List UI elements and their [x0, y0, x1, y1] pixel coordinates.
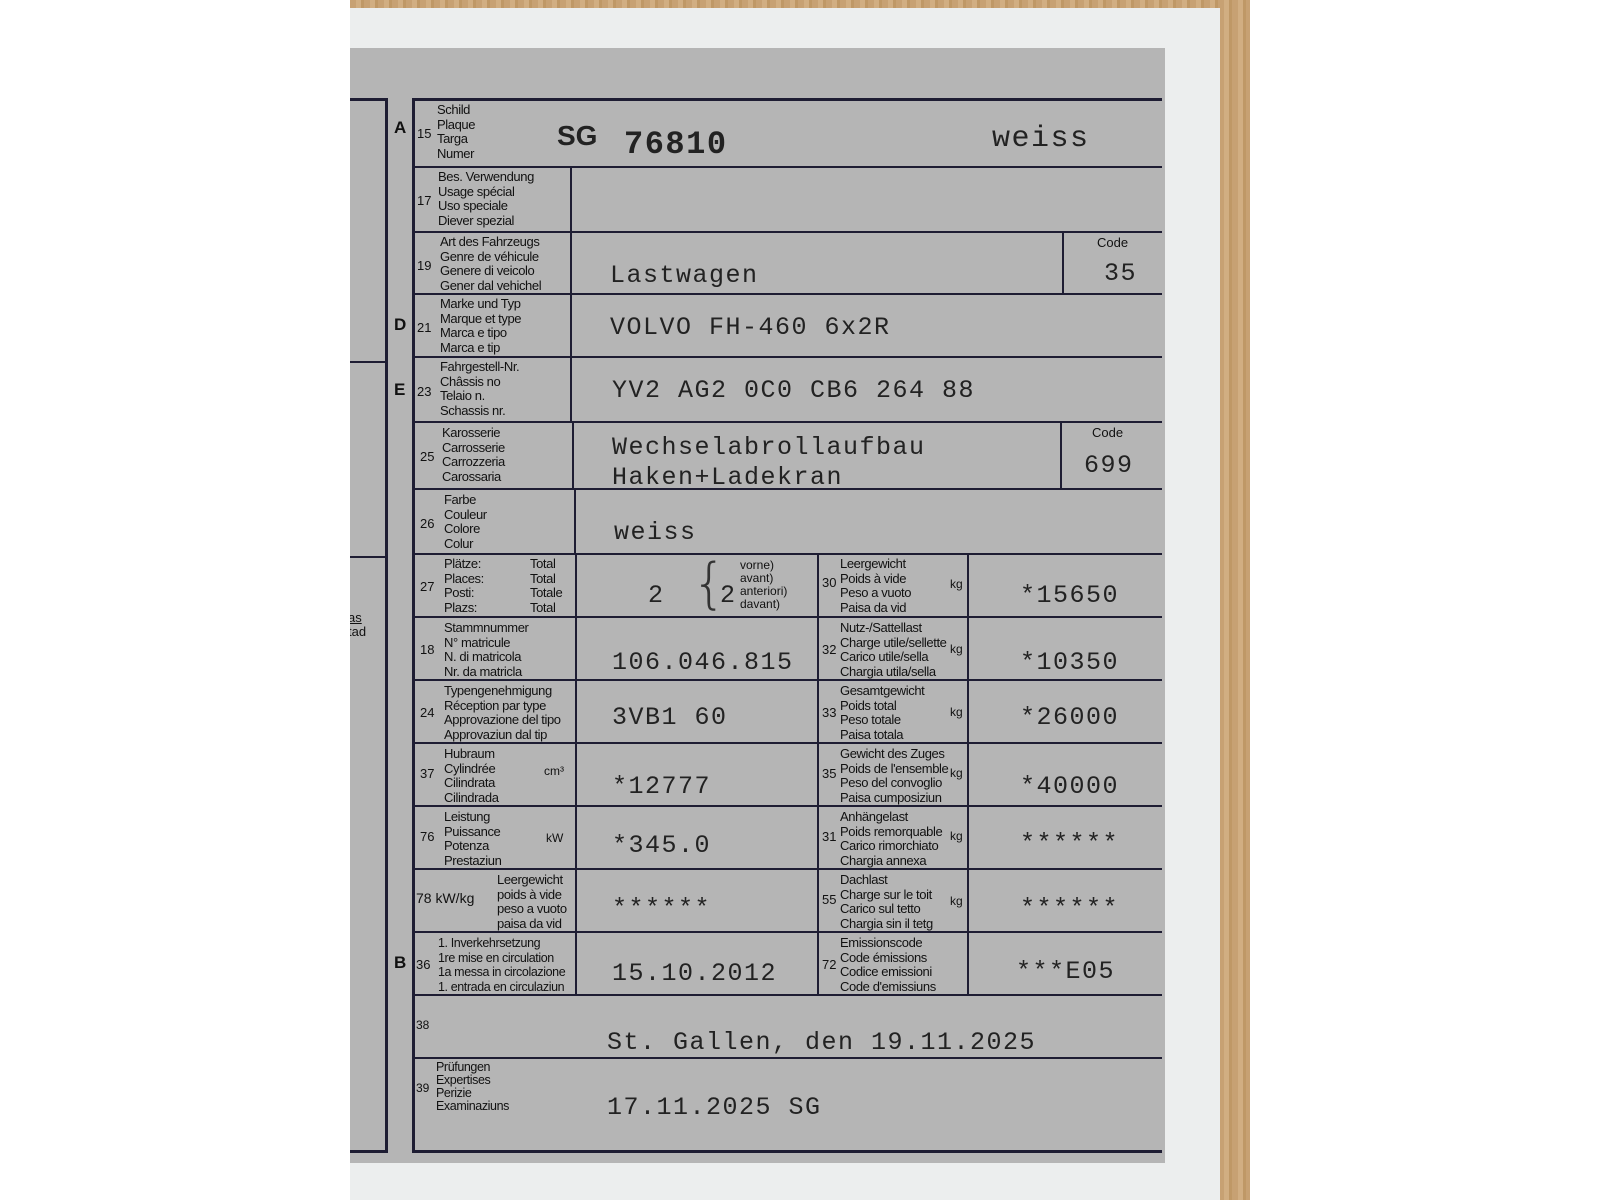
divider — [575, 807, 577, 868]
divider — [817, 681, 819, 742]
divider — [1062, 233, 1064, 293]
field-number: 39 — [416, 1081, 429, 1095]
unit-label: kg — [950, 642, 963, 656]
field-label-power-weight: Leergewichtpoids à videpeso a vuotopaisa… — [497, 873, 567, 931]
divider — [817, 807, 819, 868]
power-weight-value: ****** — [612, 894, 711, 923]
field-number: 19 — [417, 258, 431, 273]
power-value: *345.0 — [612, 831, 711, 860]
field-label-type-approval: TypengenehmigungRéception par typeApprov… — [444, 684, 561, 742]
row-make-model: D 21 Marke und TypMarque et typeMarca e … — [412, 295, 1162, 358]
divider — [575, 555, 577, 616]
left-margin-fragment: as tad — [350, 611, 366, 639]
row-power-trailer-load: 76 LeistungPuissancePotenzaPrestaziun kW… — [412, 807, 1162, 870]
divider — [967, 618, 969, 679]
row-body: 25 KarosserieCarrosserieCarrozzeriaCaros… — [412, 423, 1162, 490]
divider — [575, 681, 577, 742]
divider — [967, 870, 969, 931]
field-number: 18 — [420, 642, 434, 657]
field-label-plate: SchildPlaqueTargaNumer — [437, 103, 475, 161]
total-weight-value: *26000 — [1020, 703, 1119, 732]
section-letter-a: A — [394, 118, 406, 138]
field-number: 31 — [822, 829, 836, 844]
left-adjacent-panel: as tad — [350, 98, 388, 1153]
row-vehicle-type: 19 Art des FahrzeugsGenre de véhiculeGen… — [412, 233, 1162, 295]
divider — [572, 423, 574, 488]
seats-total-labels: TotalTotalTotaleTotal — [530, 557, 562, 615]
divider — [817, 870, 819, 931]
field-label-matriculation: StammnummerN° matriculeN. di matricolaNr… — [444, 621, 528, 679]
type-approval-value: 3VB1 60 — [612, 703, 728, 732]
divider — [817, 744, 819, 805]
vehicle-type-value: Lastwagen — [610, 261, 759, 290]
field-label-special-use: Bes. VerwendungUsage spécialUso speciale… — [438, 170, 534, 228]
unit-label: kg — [950, 894, 963, 908]
divider — [967, 933, 969, 994]
row-power-weight-roof-load: 78 kW/kg Leergewichtpoids à videpeso a v… — [412, 870, 1162, 933]
color-value: weiss — [614, 518, 697, 547]
displacement-value: *12777 — [612, 772, 711, 801]
field-number: 26 — [420, 516, 434, 531]
field-number: 30 — [822, 575, 836, 590]
section-letter-b: B — [394, 953, 406, 973]
seats-front-labels: vorne)avant)anteriori)davant) — [740, 559, 787, 611]
form-grey-area: as tad A 15 SchildPlaqueTargaNumer SG 76… — [350, 48, 1165, 1163]
field-label-total-weight: GesamtgewichtPoids totalPeso totalePaisa… — [840, 684, 924, 742]
field-number: 76 — [420, 829, 434, 844]
field-label-roof-load: DachlastCharge sur le toitCarico sul tet… — [840, 873, 933, 931]
row-color: 26 FarbeCouleurColoreColur weiss — [412, 490, 1162, 555]
first-registration-value: 15.10.2012 — [612, 959, 777, 988]
row-matriculation-payload: 18 StammnummerN° matriculeN. di matricol… — [412, 618, 1162, 681]
field-label-inspections: PrüfungenExpertisesPerizieExaminaziuns — [436, 1061, 509, 1113]
body-value-line2: Haken+Ladekran — [612, 463, 843, 487]
row-chassis: E 23 Fahrgestell-Nr.Châssis noTelaio n.S… — [412, 358, 1162, 423]
train-weight-value: *40000 — [1020, 772, 1119, 801]
row-first-registration-emission: B 36 1. Inverkehrsetzung1re mise en circ… — [412, 933, 1162, 996]
field-number: 25 — [420, 449, 434, 464]
field-label-emission-code: EmissionscodeCode émissionsCodice emissi… — [840, 936, 936, 994]
row-special-use: 17 Bes. VerwendungUsage spécialUso speci… — [412, 168, 1162, 233]
unit-label: kW — [546, 831, 563, 845]
row-inspections: 39 PrüfungenExpertisesPerizieExaminaziun… — [412, 1059, 1162, 1153]
vehicle-type-code: 35 — [1104, 259, 1137, 288]
row-place-date: 38 St. Gallen, den 19.11.2025 — [412, 996, 1162, 1059]
divider — [570, 233, 572, 293]
field-label-body: KarosserieCarrosserieCarrozzeriaCarossar… — [442, 426, 505, 484]
field-label-make-model: Marke und TypMarque et typeMarca e tipoM… — [440, 297, 521, 355]
field-number: 17 — [417, 193, 431, 208]
divider — [967, 807, 969, 868]
emission-code-value: ***E05 — [1016, 957, 1115, 986]
unit-label: kg — [950, 705, 963, 719]
divider — [575, 744, 577, 805]
field-number: 32 — [822, 642, 836, 657]
section-letter-d: D — [394, 315, 406, 335]
field-number: 21 — [417, 320, 431, 335]
field-number: 15 — [417, 126, 431, 141]
row-type-approval-total-weight: 24 TypengenehmigungRéception par typeApp… — [412, 681, 1162, 744]
field-number: 55 — [822, 892, 836, 907]
divider — [1060, 423, 1062, 488]
divider — [570, 168, 572, 231]
field-label-vehicle-type: Art des FahrzeugsGenre de véhiculeGenere… — [440, 235, 541, 293]
divider — [574, 490, 576, 553]
paper-sheet: as tad A 15 SchildPlaqueTargaNumer SG 76… — [350, 8, 1220, 1200]
document-photo: as tad A 15 SchildPlaqueTargaNumer SG 76… — [350, 0, 1250, 1200]
divider — [570, 295, 572, 356]
divider — [817, 933, 819, 994]
make-model-value: VOLVO FH-460 6x2R — [610, 313, 891, 342]
field-number: 72 — [822, 957, 836, 972]
field-number: 27 — [420, 579, 434, 594]
field-label-train-weight: Gewicht des ZugesPoids de l'ensemblePeso… — [840, 747, 948, 805]
divider — [967, 744, 969, 805]
code-label: Code — [1097, 235, 1128, 250]
body-code: 699 — [1084, 451, 1134, 480]
matriculation-value: 106.046.815 — [612, 648, 794, 677]
divider — [350, 556, 385, 558]
row-displacement-train-weight: 37 HubraumCylindréeCilindrataCilindrada … — [412, 744, 1162, 807]
field-label-payload: Nutz-/SattellastCharge utile/selletteCar… — [840, 621, 947, 679]
payload-value: *10350 — [1020, 648, 1119, 677]
field-number: 35 — [822, 766, 836, 781]
trailer-load-value: ****** — [1020, 829, 1119, 858]
empty-weight-value: *15650 — [1020, 581, 1119, 610]
divider — [575, 870, 577, 931]
field-number: 24 — [420, 705, 434, 720]
plate-color: weiss — [992, 122, 1090, 156]
field-label-first-registration: 1. Inverkehrsetzung1re mise en circulati… — [438, 936, 565, 994]
unit-label: kg — [950, 829, 963, 843]
field-label-trailer-load: AnhängelastPoids remorquableCarico rimor… — [840, 810, 942, 868]
divider — [575, 618, 577, 679]
plate-canton: SG — [557, 120, 597, 152]
divider — [817, 555, 819, 616]
divider — [817, 618, 819, 679]
vehicle-registration-form: A 15 SchildPlaqueTargaNumer SG 76810 wei… — [412, 98, 1162, 1153]
field-label-displacement: HubraumCylindréeCilindrataCilindrada — [444, 747, 499, 805]
field-label-empty-weight: LeergewichtPoids à videPeso a vuotoPaisa… — [840, 557, 911, 615]
unit-label: kg — [950, 766, 963, 780]
field-number: 36 — [416, 957, 430, 972]
field-label-power: LeistungPuissancePotenzaPrestaziun — [444, 810, 501, 868]
field-number: 37 — [420, 766, 434, 781]
divider — [350, 361, 385, 363]
unit-label: kg — [950, 577, 963, 591]
code-label: Code — [1092, 425, 1123, 440]
divider — [570, 358, 572, 421]
row-plate: A 15 SchildPlaqueTargaNumer SG 76810 wei… — [412, 98, 1162, 168]
field-number: 78 kW/kg — [416, 890, 474, 906]
row-seats-empty-weight: 27 Plätze:Places:Posti:Plazs: TotalTotal… — [412, 555, 1162, 618]
place-date-value: St. Gallen, den 19.11.2025 — [607, 1028, 1036, 1057]
seats-front-value: 2 — [720, 581, 737, 610]
body-value-line1: Wechselabrollaufbau — [612, 433, 926, 462]
chassis-value: YV2 AG2 0C0 CB6 264 88 — [612, 376, 975, 405]
field-label-color: FarbeCouleurColoreColur — [444, 493, 487, 551]
roof-load-value: ****** — [1020, 894, 1119, 923]
section-letter-e: E — [394, 380, 405, 400]
field-number: 23 — [417, 384, 431, 399]
field-number: 38 — [416, 1018, 429, 1032]
field-label-seats: Plätze:Places:Posti:Plazs: — [444, 557, 484, 615]
unit-label: cm³ — [544, 764, 564, 778]
divider — [967, 555, 969, 616]
field-number: 33 — [822, 705, 836, 720]
divider — [967, 681, 969, 742]
divider — [575, 933, 577, 994]
field-label-chassis: Fahrgestell-Nr.Châssis noTelaio n.Schass… — [440, 360, 519, 418]
inspections-value: 17.11.2025 SG — [607, 1093, 822, 1122]
plate-number: 76810 — [624, 126, 728, 163]
seats-total-value: 2 — [648, 581, 665, 610]
